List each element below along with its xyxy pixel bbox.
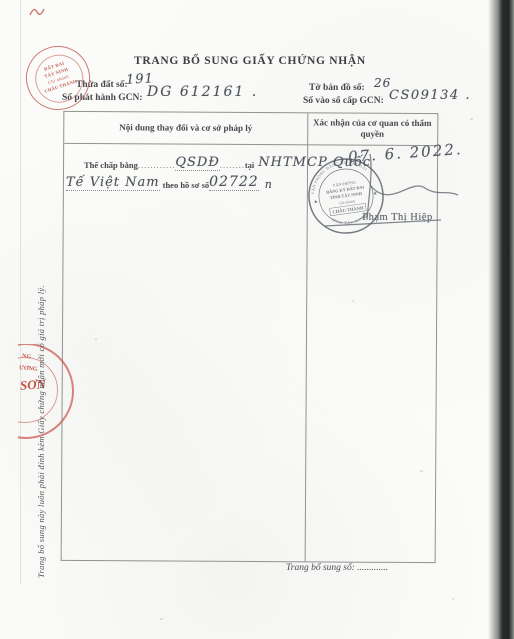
column-header-confirmation: Xác nhận của cơ quan có thẩm quyền (311, 117, 433, 140)
scan-speck (420, 470, 423, 472)
stamp-text-fragment: NG (22, 353, 32, 360)
gcn-book-value: CS09134 . (389, 88, 471, 103)
scan-speck (352, 300, 354, 302)
gcn-serial-value: DG 612161 . (147, 84, 258, 100)
entry-hand-asset: QSDĐ (175, 155, 219, 171)
page-fold-line (20, 0, 21, 585)
side-note-vertical: Trang bổ sung này luôn phải đính kèm Giấ… (36, 236, 46, 578)
scan-speck (160, 618, 163, 620)
scan-speck (452, 598, 454, 600)
scanned-certificate-page: TRANG BỔ SUNG GIẤY CHỨNG NHẬN Thửa đất s… (0, 0, 514, 639)
scan-speck (470, 118, 473, 120)
dotted-leader: ............ (138, 160, 176, 170)
signature-squiggle (295, 140, 475, 240)
scanner-edge-strip (488, 0, 514, 639)
supplement-page-number: Trang bổ sung số: ............. (286, 563, 388, 573)
entry-printed-dossier: theo hồ sơ số (163, 180, 210, 190)
entry-hand-flourish: n (265, 178, 273, 191)
entry-hand-bank-2: Tế Việt Nam (66, 175, 160, 191)
red-corner-mark (28, 4, 46, 18)
dotted-leader: ........ (220, 160, 245, 170)
entry-printed-mortgage: Thế chấp bằng (84, 160, 138, 170)
entry-hand-dossier-number: 02722 (209, 174, 259, 191)
gcn-book-label: Số vào sổ cấp GCN: (303, 96, 384, 106)
entry-printed-at: tại (245, 160, 254, 170)
signer-name: Phạm Thị Hiệp (350, 212, 445, 223)
column-header-content: Nội dung thay đổi và cơ sở pháp lý (64, 122, 307, 133)
scan-speck (95, 338, 97, 340)
map-sheet-label: Tờ bản đồ số: (309, 83, 365, 93)
entry-line-2: Tế Việt Nam theo hồ sơ số 02722 n (66, 176, 273, 193)
red-round-stamp-left-edge: NG ƯƠNG SƠN (18, 344, 78, 440)
